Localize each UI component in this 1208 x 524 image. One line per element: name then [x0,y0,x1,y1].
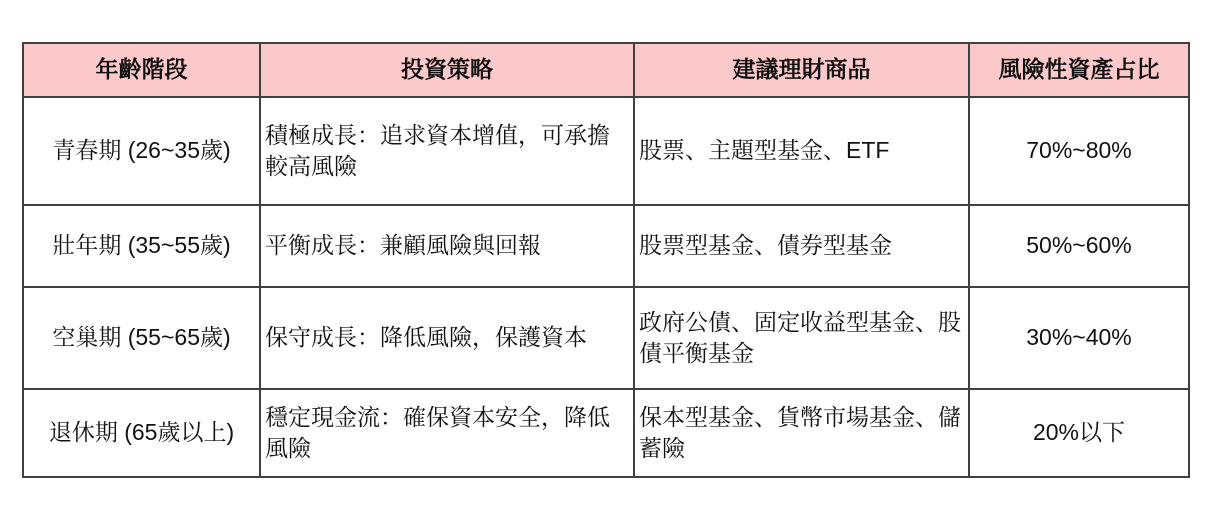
investment-strategy-table: 年齡階段 投資策略 建議理財商品 風險性資產占比 青春期 (26~35歲) 積極… [22,42,1190,478]
cell-products: 保本型基金、貨幣市場基金、儲蓄險 [634,389,969,477]
cell-products: 股票、主題型基金、ETF [634,97,969,205]
cell-products: 政府公債、固定收益型基金、股債平衡基金 [634,287,969,389]
col-header-investment-strategy: 投資策略 [260,43,634,97]
table-row-youth: 青春期 (26~35歲) 積極成長：追求資本增值，可承擔較高風險 股票、主題型基… [23,97,1189,205]
cell-age-stage: 退休期 (65歲以上) [23,389,260,477]
cell-products: 股票型基金、債券型基金 [634,205,969,287]
cell-age-stage: 壯年期 (35~55歲) [23,205,260,287]
col-header-age-stage: 年齡階段 [23,43,260,97]
cell-age-stage: 空巢期 (55~65歲) [23,287,260,389]
cell-strategy: 穩定現金流：確保資本安全，降低風險 [260,389,634,477]
col-header-recommended-products: 建議理財商品 [634,43,969,97]
cell-age-stage: 青春期 (26~35歲) [23,97,260,205]
header-row: 年齡階段 投資策略 建議理財商品 風險性資產占比 [23,43,1189,97]
table-row-prime: 壯年期 (35~55歲) 平衡成長：兼顧風險與回報 股票型基金、債券型基金 50… [23,205,1189,287]
table-row-retirement: 退休期 (65歲以上) 穩定現金流：確保資本安全，降低風險 保本型基金、貨幣市場… [23,389,1189,477]
col-header-risky-asset-ratio: 風險性資產占比 [969,43,1189,97]
cell-risk-ratio: 70%~80% [969,97,1189,205]
cell-risk-ratio: 30%~40% [969,287,1189,389]
cell-strategy: 保守成長：降低風險，保護資本 [260,287,634,389]
table-row-empty-nest: 空巢期 (55~65歲) 保守成長：降低風險，保護資本 政府公債、固定收益型基金… [23,287,1189,389]
cell-strategy: 平衡成長：兼顧風險與回報 [260,205,634,287]
investment-strategy-table-container: 年齡階段 投資策略 建議理財商品 風險性資產占比 青春期 (26~35歲) 積極… [22,42,1190,478]
cell-risk-ratio: 20%以下 [969,389,1189,477]
cell-strategy: 積極成長：追求資本增值，可承擔較高風險 [260,97,634,205]
cell-risk-ratio: 50%~60% [969,205,1189,287]
